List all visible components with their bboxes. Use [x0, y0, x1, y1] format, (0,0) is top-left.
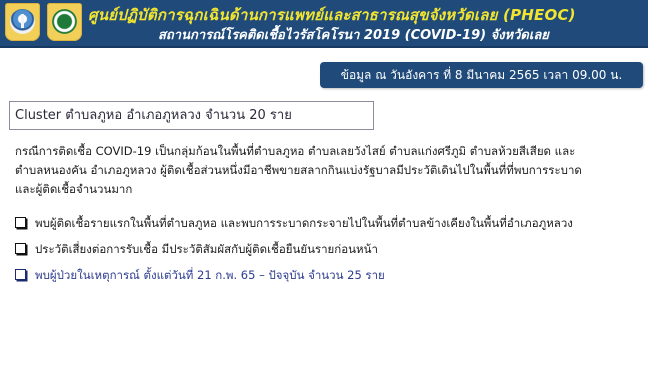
bullet-item: พบผู้ป่วยในเหตุการณ์ ตั้งแต่วันที่ 21 ก.… [15, 265, 640, 285]
bullet-item: พบผู้ติดเชื้อรายแรกในพื้นที่ตำบลภูหอ และ… [15, 213, 640, 233]
bullet-text: พบผู้ติดเชื้อรายแรกในพื้นที่ตำบลภูหอ และ… [35, 216, 573, 230]
ministry-of-public-health-emblem-icon [47, 3, 82, 41]
bullet-text: ประวัติเสี่ยงต่อการรับเชื้อ มีประวัติสัม… [35, 242, 378, 256]
header-banner: ศูนย์ปฏิบัติการฉุกเฉินด้านการแพทย์และสาธ… [0, 0, 648, 48]
checkbox-bullet-icon [15, 269, 26, 280]
description-paragraph: กรณีการติดเชื้อ COVID-19 เป็นกลุ่มก้อนใน… [15, 142, 640, 199]
checkbox-bullet-icon [15, 243, 26, 254]
header-subtitle: สถานการณ์โรคติดเชื้อไวรัสโคโรนา 2019 (CO… [158, 24, 638, 45]
bullet-text: พบผู้ป่วยในเหตุการณ์ ตั้งแต่วันที่ 21 ก.… [35, 268, 385, 282]
description-line: กรณีการติดเชื้อ COVID-19 เป็นกลุ่มก้อนใน… [15, 142, 640, 161]
provincial-seal-icon [5, 3, 40, 41]
bullet-item: ประวัติเสี่ยงต่อการรับเชื้อ มีประวัติสัม… [15, 239, 640, 259]
description-line: และผู้ติดเชื้อจำนวนมาก [15, 180, 640, 199]
data-date-badge: ข้อมูล ณ วันอังคาร ที่ 8 มีนาคม 2565 เวล… [320, 62, 643, 88]
description-line: ตำบลหนองคัน อำเภอภูหลวง ผู้ติดเชื้อส่วนห… [15, 161, 640, 180]
checkbox-bullet-icon [15, 217, 26, 228]
cluster-title-box: Cluster ตำบลภูหอ อำเภอภูหลวง จำนวน 20 รา… [9, 101, 374, 130]
